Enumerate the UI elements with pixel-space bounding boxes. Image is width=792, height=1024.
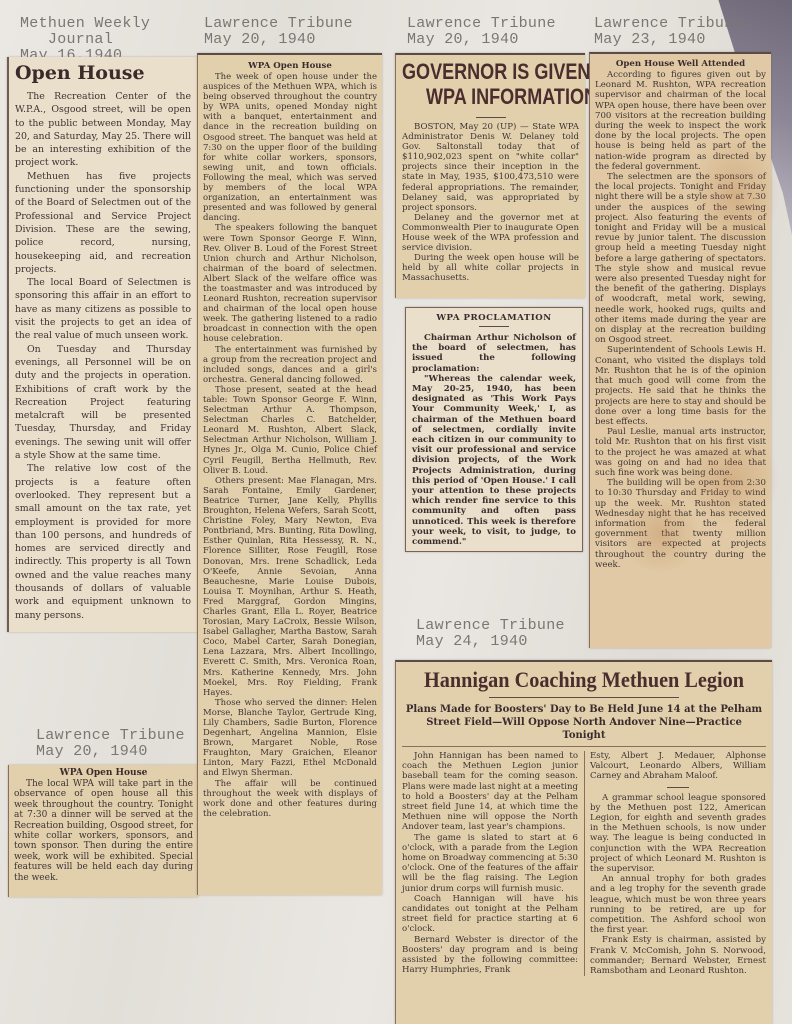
article-body: The Recreation Center of the W.P.A., Osg… xyxy=(15,90,191,622)
paragraph: Superintendent of Schools Lewis H. Conan… xyxy=(595,345,766,427)
paragraph: The selectmen are the sponsors of the lo… xyxy=(595,172,766,345)
paragraph: "Whereas the calendar week, May 20-25, 1… xyxy=(412,374,576,547)
paragraph: The relative low cost of the projects is… xyxy=(15,462,191,622)
paragraph: The Recreation Center of the W.P.A., Osg… xyxy=(15,90,191,170)
paragraph: During the week open house will be held … xyxy=(402,253,579,283)
paragraph: The local WPA will take part in the obse… xyxy=(14,779,193,883)
article-body-left: John Hannigan has been named to coach th… xyxy=(402,751,578,976)
divider xyxy=(489,697,679,698)
paragraph: BOSTON, May 20 (UP) — State WPA Administ… xyxy=(402,122,579,213)
paragraph: The game is slated to start at 6 o'clock… xyxy=(402,833,578,894)
clipping-governor-wpa-information: GOVERNOR IS GIVEN WPA INFORMATION BOSTON… xyxy=(395,53,585,298)
article-body-right: A grammar school league sponsored by the… xyxy=(590,793,766,977)
paragraph: Those who served the dinner: Helen Morse… xyxy=(203,698,377,779)
source-label-tribune: Lawrence Tribune May 20, 1940 xyxy=(407,16,556,48)
paragraph: A grammar school league sponsored by the… xyxy=(590,793,766,875)
headline: Hannigan Coaching Methuen Legion xyxy=(417,666,752,693)
paragraph: Frank Esty is chairman, assisted by Fran… xyxy=(590,935,766,976)
divider xyxy=(667,787,689,788)
paragraph: Others present: Mae Flanagan, Mrs. Sarah… xyxy=(203,476,377,698)
paragraph: Bernard Webster is director of the Boost… xyxy=(402,935,578,976)
source-label-tribune: Lawrence Tribune May 23, 1940 xyxy=(594,16,743,48)
headline: WPA Open House xyxy=(203,61,377,71)
article-body: According to figures given out by Leonar… xyxy=(595,70,766,570)
article-column-right: Esty, Albert J. Medauer, Alphonse Valcou… xyxy=(584,751,766,976)
paragraph: On Tuesday and Thursday evenings, all Pe… xyxy=(15,343,191,463)
headline-line-1: GOVERNOR IS GIVEN xyxy=(402,59,547,84)
paragraph: Those present, seated at the head table:… xyxy=(203,385,377,476)
paragraph: The speakers following the banquet were … xyxy=(203,223,377,344)
article-body: BOSTON, May 20 (UP) — State WPA Administ… xyxy=(402,122,579,284)
article-body: The local WPA will take part in the obse… xyxy=(14,779,193,883)
paragraph: Coach Hannigan will have his candidates … xyxy=(402,894,578,935)
subheadline: Plans Made for Boosters' Day to Be Held … xyxy=(402,703,766,746)
headline: WPA PROCLAMATION xyxy=(412,313,576,323)
paragraph: John Hannigan has been named to coach th… xyxy=(402,751,578,833)
paragraph: According to figures given out by Leonar… xyxy=(595,70,766,172)
headline: WPA Open House xyxy=(14,768,193,778)
divider xyxy=(476,117,506,118)
paragraph: The week of open house under the auspice… xyxy=(203,72,377,223)
source-label-tribune: Lawrence Tribune May 20, 1940 xyxy=(204,16,353,48)
paragraph: The building will be open from 2:30 to 1… xyxy=(595,478,766,570)
clipping-open-house-journal: Open House The Recreation Center of the … xyxy=(7,57,197,632)
source-label-tribune: Lawrence Tribune May 24, 1940 xyxy=(416,618,565,650)
paragraph: Methuen has five projects functioning un… xyxy=(15,170,191,276)
clipping-open-house-well-attended: Open House Well Attended According to fi… xyxy=(589,52,771,648)
headline: Open House Well Attended xyxy=(595,59,766,69)
article-body-right-continued: Esty, Albert J. Medauer, Alphonse Valcou… xyxy=(590,751,766,782)
paragraph: Paul Leslie, manual arts instructor, tol… xyxy=(595,427,766,478)
paragraph: The local Board of Selectmen is sponsori… xyxy=(15,276,191,342)
article-body: The week of open house under the auspice… xyxy=(203,72,377,819)
clipping-wpa-proclamation: WPA PROCLAMATION Chairman Arthur Nichols… xyxy=(405,307,583,552)
paragraph: The entertainment was furnished by a gro… xyxy=(203,345,377,385)
paragraph: Chairman Arthur Nicholson of the board o… xyxy=(412,333,576,374)
clipping-wpa-open-house: WPA Open House The week of open house un… xyxy=(197,53,382,895)
clipping-wpa-open-house-short: WPA Open House The local WPA will take p… xyxy=(8,765,198,897)
article-columns: John Hannigan has been named to coach th… xyxy=(402,746,766,976)
article-body: Chairman Arthur Nicholson of the board o… xyxy=(412,333,576,547)
divider xyxy=(479,326,509,327)
paragraph: An annual trophy for both grades and a l… xyxy=(590,874,766,935)
headline: Open House xyxy=(15,62,191,84)
paragraph: Delaney and the governor met at Commonwe… xyxy=(402,213,579,253)
headline-line-2: WPA INFORMATION xyxy=(426,84,551,109)
paragraph: The affair will be continued throughout … xyxy=(203,779,377,819)
clipping-hannigan-coaching-legion: Hannigan Coaching Methuen Legion Plans M… xyxy=(395,660,772,1024)
source-label-tribune: Lawrence Tribune May 20, 1940 xyxy=(36,728,185,760)
